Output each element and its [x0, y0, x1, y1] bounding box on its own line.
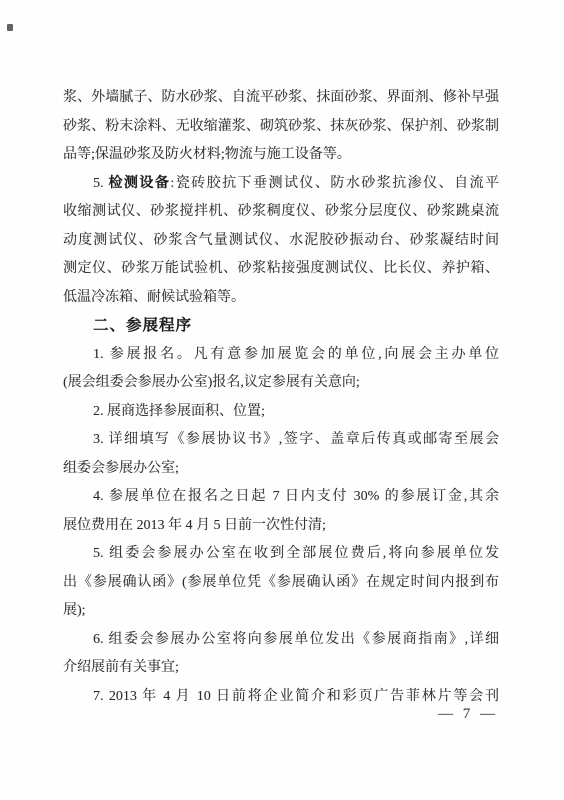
- text-line: 6. 组委会参展办公室将向参展单位发出《参展商指南》,详细: [63, 626, 499, 655]
- text-line: 1. 参展报名。凡有意参加展览会的单位,向展会主办单位: [63, 341, 499, 370]
- text-line: 砂浆、粉末涂料、无收缩灌浆、砌筑砂浆、抹灰砂浆、保护剂、砂浆制: [63, 113, 499, 142]
- text-line: 5. 组委会参展办公室在收到全部展位费后,将向参展单位发: [63, 540, 499, 569]
- page-number: — 7 —: [438, 706, 498, 723]
- text-line: 品等;保温砂浆及防火材料;物流与施工设备等。: [63, 141, 499, 170]
- text-line: 7. 2013 年 4 月 10 日前将企业简介和彩页广告菲林片等会刊: [63, 683, 499, 712]
- text-line: 展位费用在 2013 年 4 月 5 日前一次性付清;: [63, 512, 499, 541]
- text-line: 出《参展确认函》(参展单位凭《参展确认函》在规定时间内报到布: [63, 569, 499, 598]
- text-line: 介绍展前有关事宜;: [63, 654, 499, 683]
- text-line: 浆、外墙腻子、防水砂浆、自流平砂浆、抹面砂浆、界面剂、修补早强: [63, 84, 499, 113]
- text-line: 测定仪、砂浆万能试验机、砂浆粘接强度测试仪、比长仪、养护箱、: [63, 255, 499, 284]
- text-line: 低温冷冻箱、耐候试验箱等。: [63, 284, 499, 313]
- text-line: 组委会参展办公室;: [63, 455, 499, 484]
- text-line: 展);: [63, 597, 499, 626]
- text-line: 2. 展商选择参展面积、位置;: [63, 398, 499, 427]
- text-line: 4. 参展单位在报名之日起 7 日内支付 30% 的参展订金,其余: [63, 483, 499, 512]
- text-line: 3. 详细填写《参展协议书》,签字、盖章后传真或邮寄至展会: [63, 426, 499, 455]
- text-line: 动度测试仪、砂浆含气量测试仪、水泥胶砂振动台、砂浆凝结时间: [63, 227, 499, 256]
- scan-speck: [7, 24, 13, 31]
- section-heading: 二、参展程序: [63, 312, 499, 341]
- document-body: 浆、外墙腻子、防水砂浆、自流平砂浆、抹面砂浆、界面剂、修补早强砂浆、粉末涂料、无…: [63, 84, 499, 711]
- text-line: 收缩测试仪、砂浆搅拌机、砂浆稠度仪、砂浆分层度仪、砂浆跳桌流: [63, 198, 499, 227]
- text-line: (展会组委会参展办公室)报名,议定参展有关意向;: [63, 369, 499, 398]
- document-page: 浆、外墙腻子、防水砂浆、自流平砂浆、抹面砂浆、界面剂、修补早强砂浆、粉末涂料、无…: [0, 0, 564, 800]
- text-line: 5. 检测设备:瓷砖胶抗下垂测试仪、防水砂浆抗渗仪、自流平: [63, 170, 499, 199]
